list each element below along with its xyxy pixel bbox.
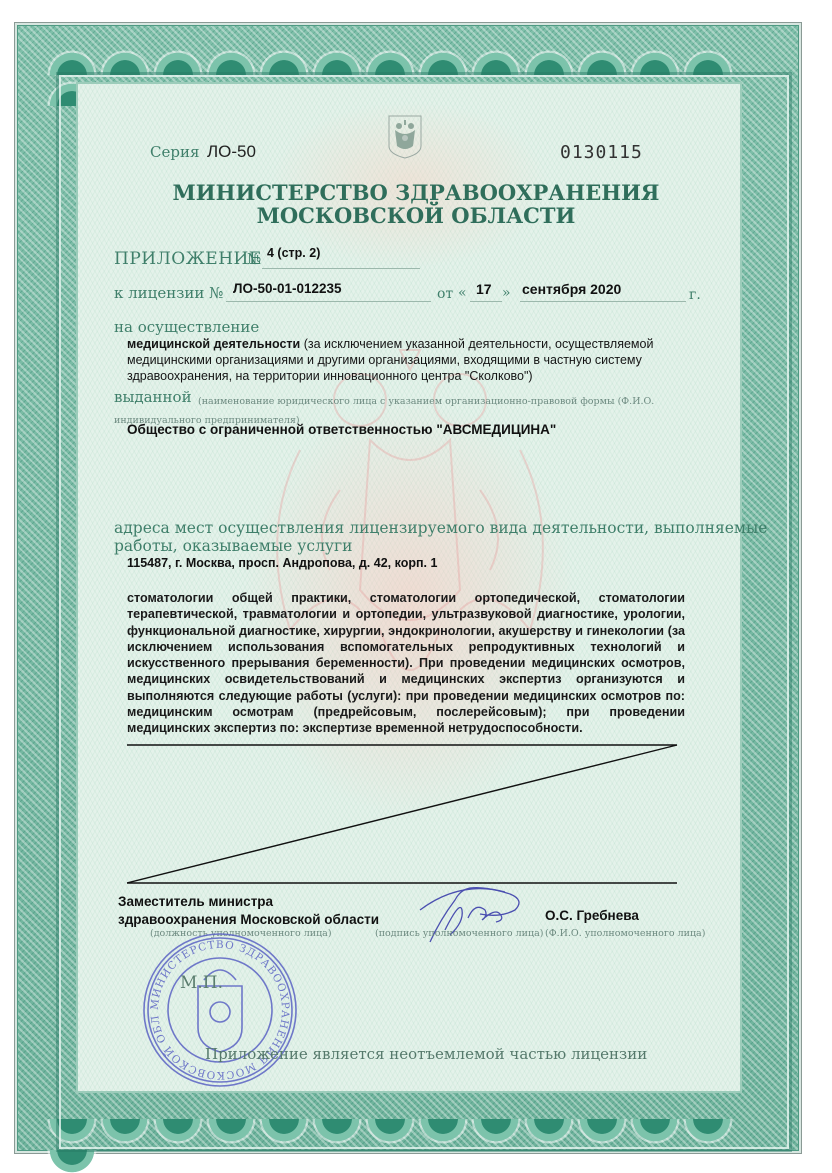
handwritten-signature-icon <box>400 880 530 950</box>
license-date-day: 17 <box>476 281 492 297</box>
signer-position: Заместитель министра здравоохранения Мос… <box>118 893 379 929</box>
border-ornament <box>364 49 416 75</box>
appendix-label: ПРИЛОЖЕНИЕ <box>114 249 262 269</box>
appendix-number-underline <box>262 268 420 269</box>
issuer-title-line2: МОСКОВСКОЙ ОБЛАСТИ <box>0 203 832 228</box>
license-year-suffix: г. <box>689 287 701 303</box>
license-date-quote-close: » <box>502 285 511 301</box>
russian-coat-of-arms-icon <box>387 114 423 160</box>
footer-note: Приложение является неотъемлемой частью … <box>205 1045 647 1063</box>
activity-label: на осуществление <box>114 318 259 336</box>
signer-position-line1: Заместитель министра <box>118 893 379 911</box>
border-ornament <box>258 49 310 75</box>
border-ornament <box>523 49 575 75</box>
license-appendix-page: Серия ЛО-50 0130115 МИНИСТЕРСТВО ЗДРАВОО… <box>0 0 832 1173</box>
issuer-title-line1: МИНИСТЕРСТВО ЗДРАВООХРАНЕНИЯ <box>0 180 832 205</box>
appendix-number: 4 (стр. 2) <box>267 246 320 260</box>
activity-description: медицинской деятельности (за исключением… <box>127 336 687 384</box>
activity-type: медицинской деятельности <box>127 337 300 351</box>
license-day-underline <box>470 301 502 302</box>
caption-name: (Ф.И.О. уполномоченного лица) <box>545 928 705 939</box>
series-value: ЛО-50 <box>207 142 256 162</box>
border-ornament <box>470 49 522 75</box>
border-ornament <box>417 49 469 75</box>
addresses-label-line1: адреса мест осуществления лицензируемого… <box>114 519 767 537</box>
license-number-underline <box>226 301 431 302</box>
license-date-month-year: сентября 2020 <box>522 281 621 297</box>
official-seal-icon: МИНИСТЕРСТВО ЗДРАВООХРАНЕНИЯ МОСКОВСКОЙ … <box>140 930 300 1090</box>
license-month-underline <box>520 301 686 302</box>
licensed-services: стоматологии общей практики, стоматологи… <box>127 590 685 737</box>
license-label: к лицензии № <box>114 284 223 302</box>
border-ornament <box>576 49 628 75</box>
border-ornament <box>682 49 734 75</box>
license-date-quote-open: « <box>458 285 467 301</box>
series-label: Серия <box>150 143 199 161</box>
organization-name: Общество с ограниченной ответственностью… <box>127 422 556 437</box>
serial-number: 0130115 <box>560 142 643 163</box>
border-ornament <box>205 49 257 75</box>
license-number: ЛО-50-01-012235 <box>233 281 342 296</box>
caption-signature: (подпись уполномоченного лица) <box>375 928 543 939</box>
license-date-prefix: от <box>437 286 453 302</box>
border-ornament <box>629 49 681 75</box>
addresses-label-line2: работы, оказываемые услуги <box>114 537 353 555</box>
address-value: 115487, г. Москва, просп. Андропова, д. … <box>127 556 437 570</box>
border-ornament <box>46 1150 98 1173</box>
border-ornament <box>311 49 363 75</box>
signer-position-line2: здравоохранения Московской области <box>118 911 379 929</box>
border-ornament <box>152 49 204 75</box>
appendix-number-sign: № <box>247 250 261 268</box>
mp-label: М.П. <box>180 973 223 993</box>
border-ornament <box>99 49 151 75</box>
border-ornament <box>46 49 98 75</box>
signer-name: О.С. Гребнева <box>545 908 639 923</box>
